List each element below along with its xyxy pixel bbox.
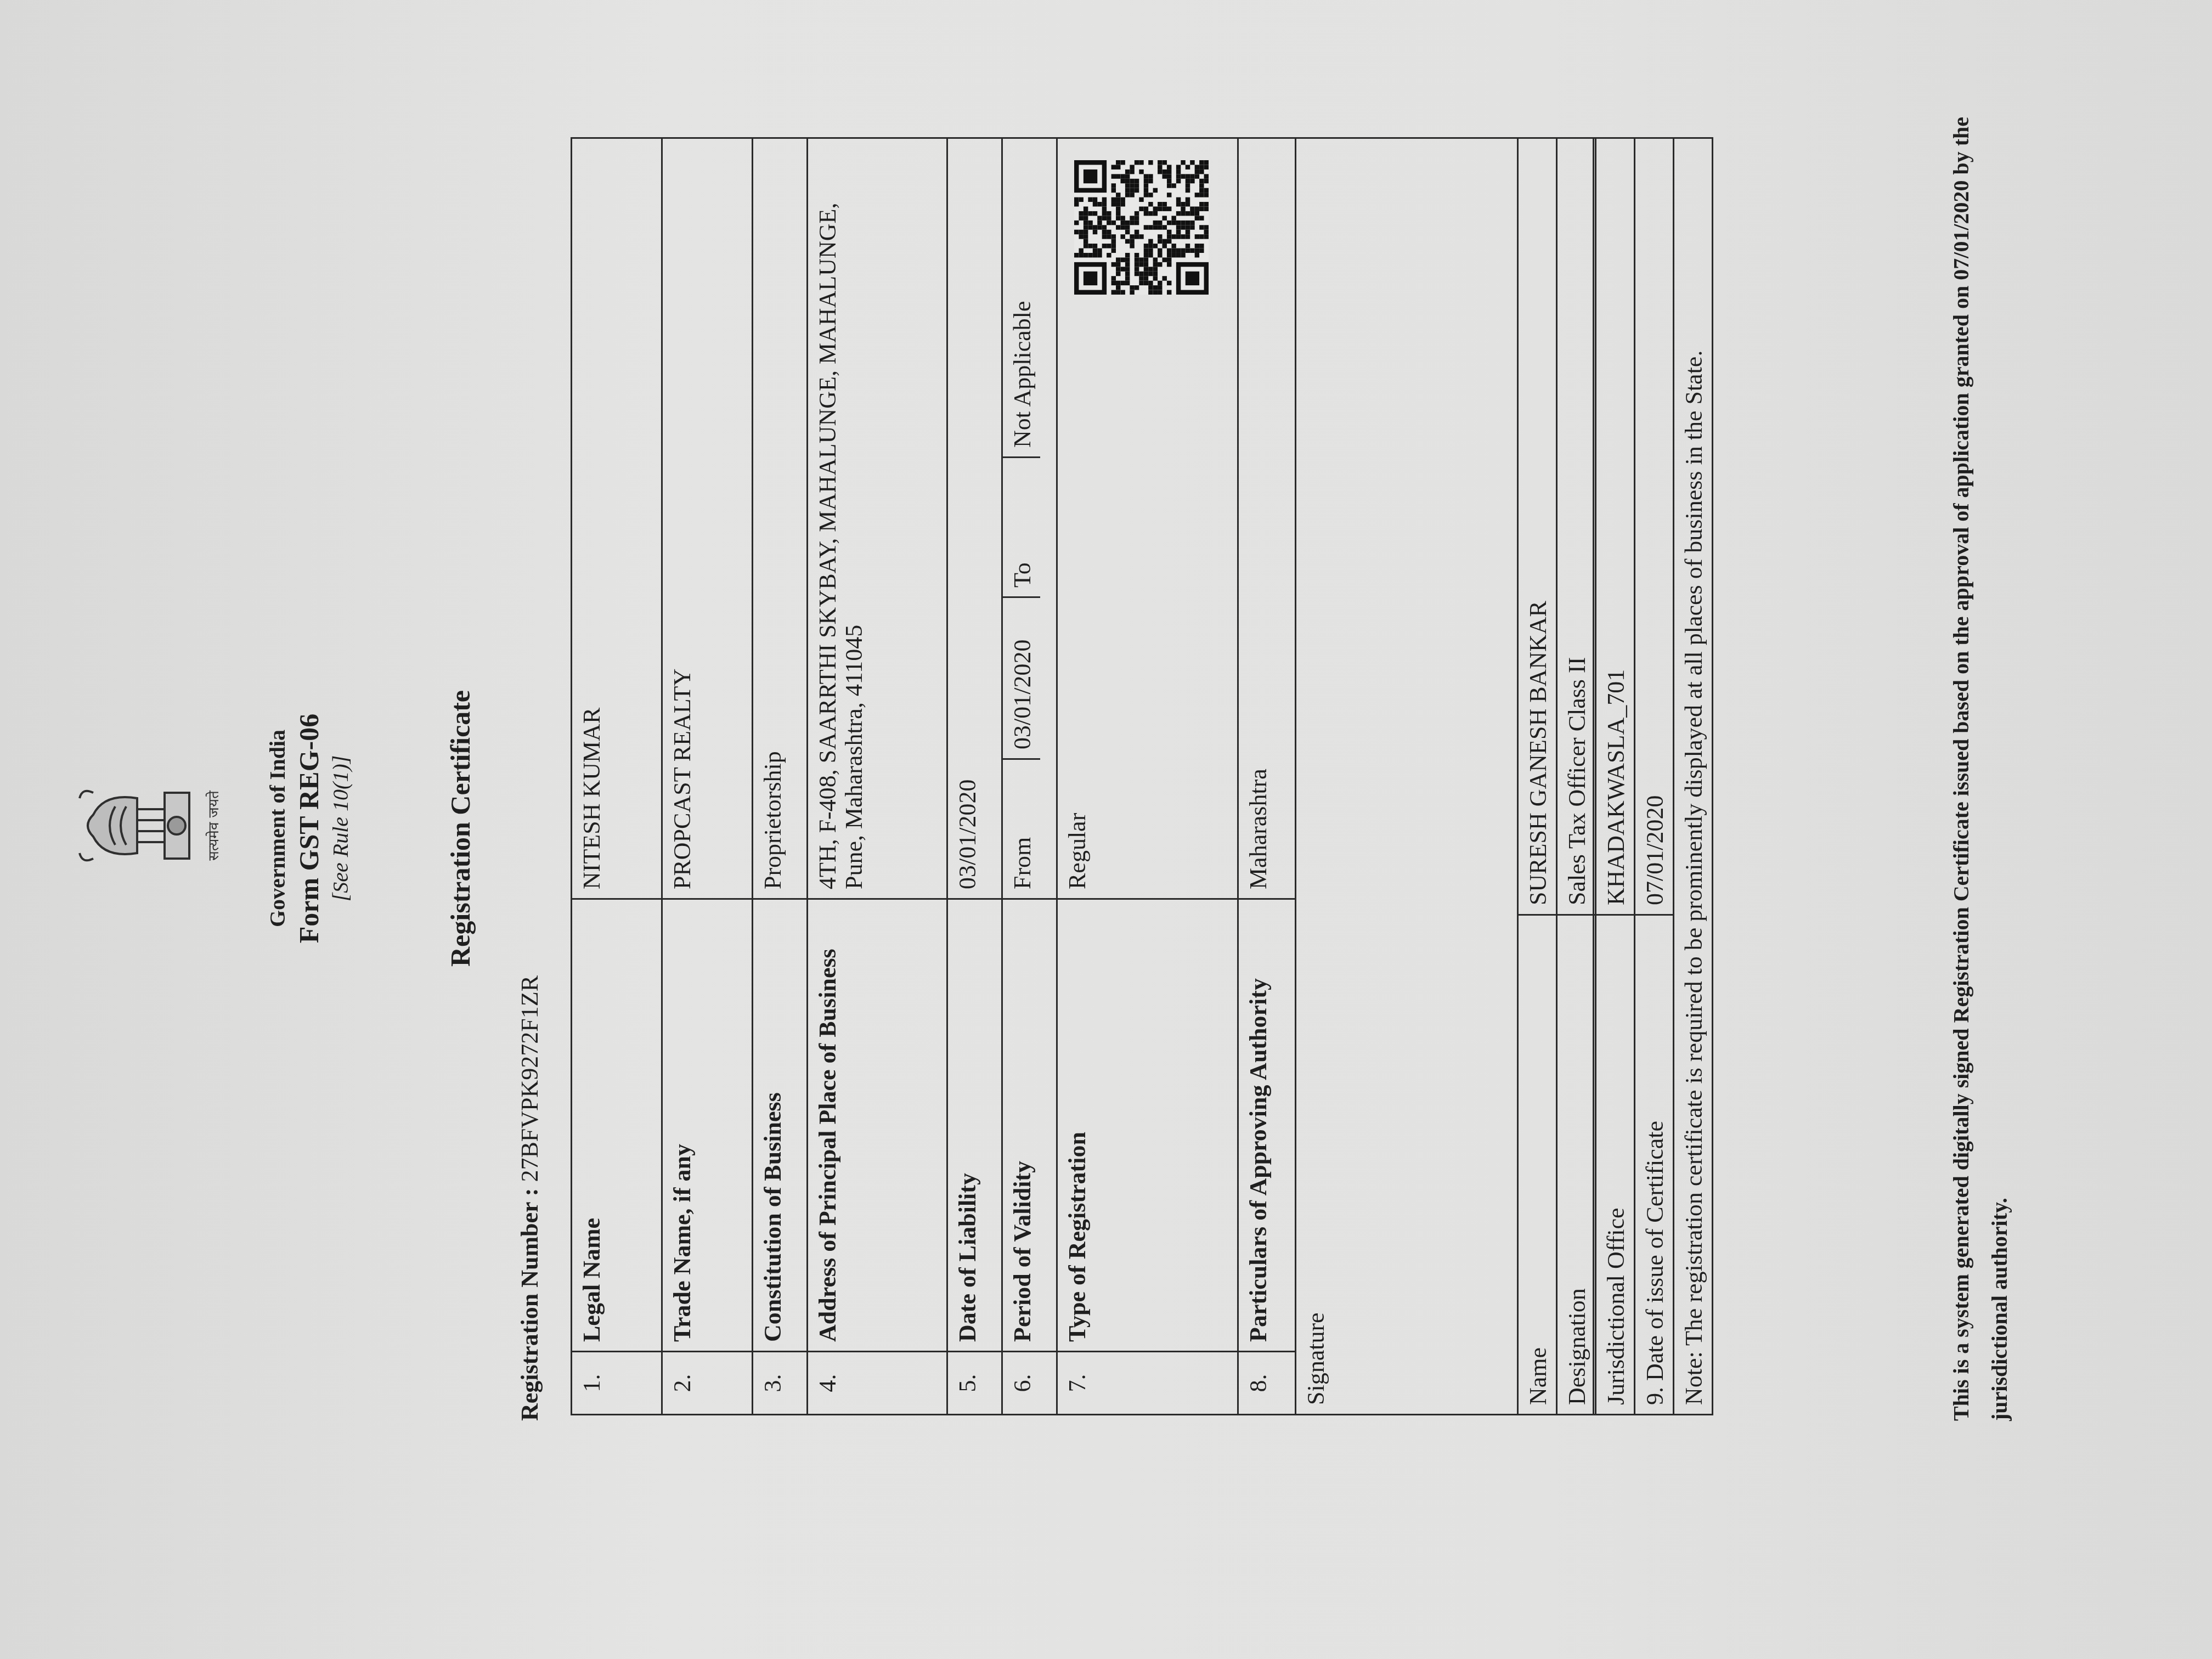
authority-label: Name: [1518, 915, 1557, 1415]
row-label: Legal Name: [572, 899, 662, 1352]
table-row: Name SURESH GANESH BANKAR: [1518, 138, 1557, 1415]
issue-date-value: 07/01/2020: [1635, 138, 1674, 915]
approving-authority-value: Maharashtra: [1238, 138, 1296, 899]
constitution-value: Proprietorship: [753, 138, 808, 899]
authority-label: 9. Date of issue of Certificate: [1635, 915, 1674, 1415]
validity-to-label: To: [1003, 456, 1040, 596]
ashoka-emblem-icon: [71, 776, 214, 875]
jurisdictional-office-value: KHADAKWASLA_701: [1596, 138, 1635, 915]
row-label: Trade Name, if any: [662, 899, 753, 1352]
authority-name-value: SURESH GANESH BANKAR: [1518, 138, 1557, 915]
table-row: 5. Date of Liability 03/01/2020: [947, 138, 1002, 1415]
validity-from-label: From: [1003, 758, 1040, 898]
footer-disclaimer: This is a system generated digitally sig…: [1942, 82, 2019, 1421]
table-row: Designation Sales Tax Officer Class II: [1557, 138, 1596, 1415]
trade-name-value: PROPCAST REALTY: [662, 138, 753, 899]
signature-label: Signature: [1302, 1312, 1329, 1405]
row-label: Particulars of Approving Authority: [1238, 899, 1296, 1352]
designation-value: Sales Tax Officer Class II: [1557, 138, 1596, 915]
table-row: 1. Legal Name NITESH KUMAR: [572, 138, 662, 1415]
authority-label: Jurisdictional Office: [1596, 915, 1635, 1415]
registration-number-value: 27BFVPK9272F1ZR: [516, 975, 543, 1182]
row-label: Date of Liability: [947, 899, 1002, 1352]
table-row: 3. Constitution of Business Proprietorsh…: [753, 138, 808, 1415]
table-row: 7. Type of Registration Regular: [1057, 138, 1238, 1415]
emblem-motto: सत्यमेव जयते: [203, 763, 223, 889]
table-row: 2. Trade Name, if any PROPCAST REALTY: [662, 138, 753, 1415]
form-header: Government of India Form GST REG-06 [See…: [263, 5, 356, 1651]
row-label: Type of Registration: [1057, 899, 1238, 1352]
row-number: 6.: [1002, 1352, 1057, 1415]
row-number: 3.: [753, 1352, 808, 1415]
row-label: Address of Principal Place of Business: [808, 899, 947, 1352]
row-number: 1.: [572, 1352, 662, 1415]
validity-period: From 03/01/2020 To Not Applicable: [1002, 138, 1057, 899]
row-number: 4.: [808, 1352, 947, 1415]
date-of-liability-value: 03/01/2020: [947, 138, 1002, 899]
form-title: Form GST REG-06: [292, 5, 326, 1651]
certificate-page: सत्यमेव जयते Government of India Form GS…: [11, 5, 2178, 1651]
registration-details-table: 1. Legal Name NITESH KUMAR 2. Trade Name…: [571, 137, 1594, 1415]
registration-number-label: Registration Number :: [516, 1188, 543, 1421]
row-label: Constitution of Business: [753, 899, 808, 1352]
legal-name-value: NITESH KUMAR: [572, 138, 662, 899]
table-row: Jurisdictional Office KHADAKWASLA_701: [1596, 138, 1635, 1415]
display-note: Note: The registration certificate is re…: [1674, 138, 1713, 1415]
row-label: Period of Validity: [1002, 899, 1057, 1352]
row-number: 7.: [1057, 1352, 1238, 1415]
row-number: 2.: [662, 1352, 753, 1415]
authority-details-table: Name SURESH GANESH BANKAR Designation Sa…: [1517, 137, 1713, 1415]
rule-reference: [See Rule 10(1)]: [326, 5, 356, 1651]
address-value: 4TH, F-408, SAARRTHI SKYBAY, MAHALUNGE, …: [808, 138, 947, 899]
validity-from-value: 03/01/2020: [1003, 596, 1040, 758]
validity-to-value: Not Applicable: [1003, 139, 1040, 456]
certificate-title: Registration Certificate: [444, 5, 476, 1651]
table-row: 6. Period of Validity From 03/01/2020 To…: [1002, 138, 1057, 1415]
table-row: 4. Address of Principal Place of Busines…: [808, 138, 947, 1415]
row-number: 8.: [1238, 1352, 1296, 1415]
row-number: 5.: [947, 1352, 1002, 1415]
registration-type-value: Regular: [1057, 138, 1238, 899]
table-row: 8. Particulars of Approving Authority Ma…: [1238, 138, 1296, 1415]
registration-type-text: Regular: [1064, 813, 1091, 889]
registration-number: Registration Number : 27BFVPK9272F1ZR: [516, 975, 544, 1421]
authority-label: Designation: [1557, 915, 1596, 1415]
table-row: 9. Date of issue of Certificate 07/01/20…: [1635, 138, 1674, 1415]
government-title: Government of India: [263, 5, 292, 1651]
table-row: Note: The registration certificate is re…: [1674, 138, 1713, 1415]
qr-code-icon: [1074, 160, 1209, 295]
